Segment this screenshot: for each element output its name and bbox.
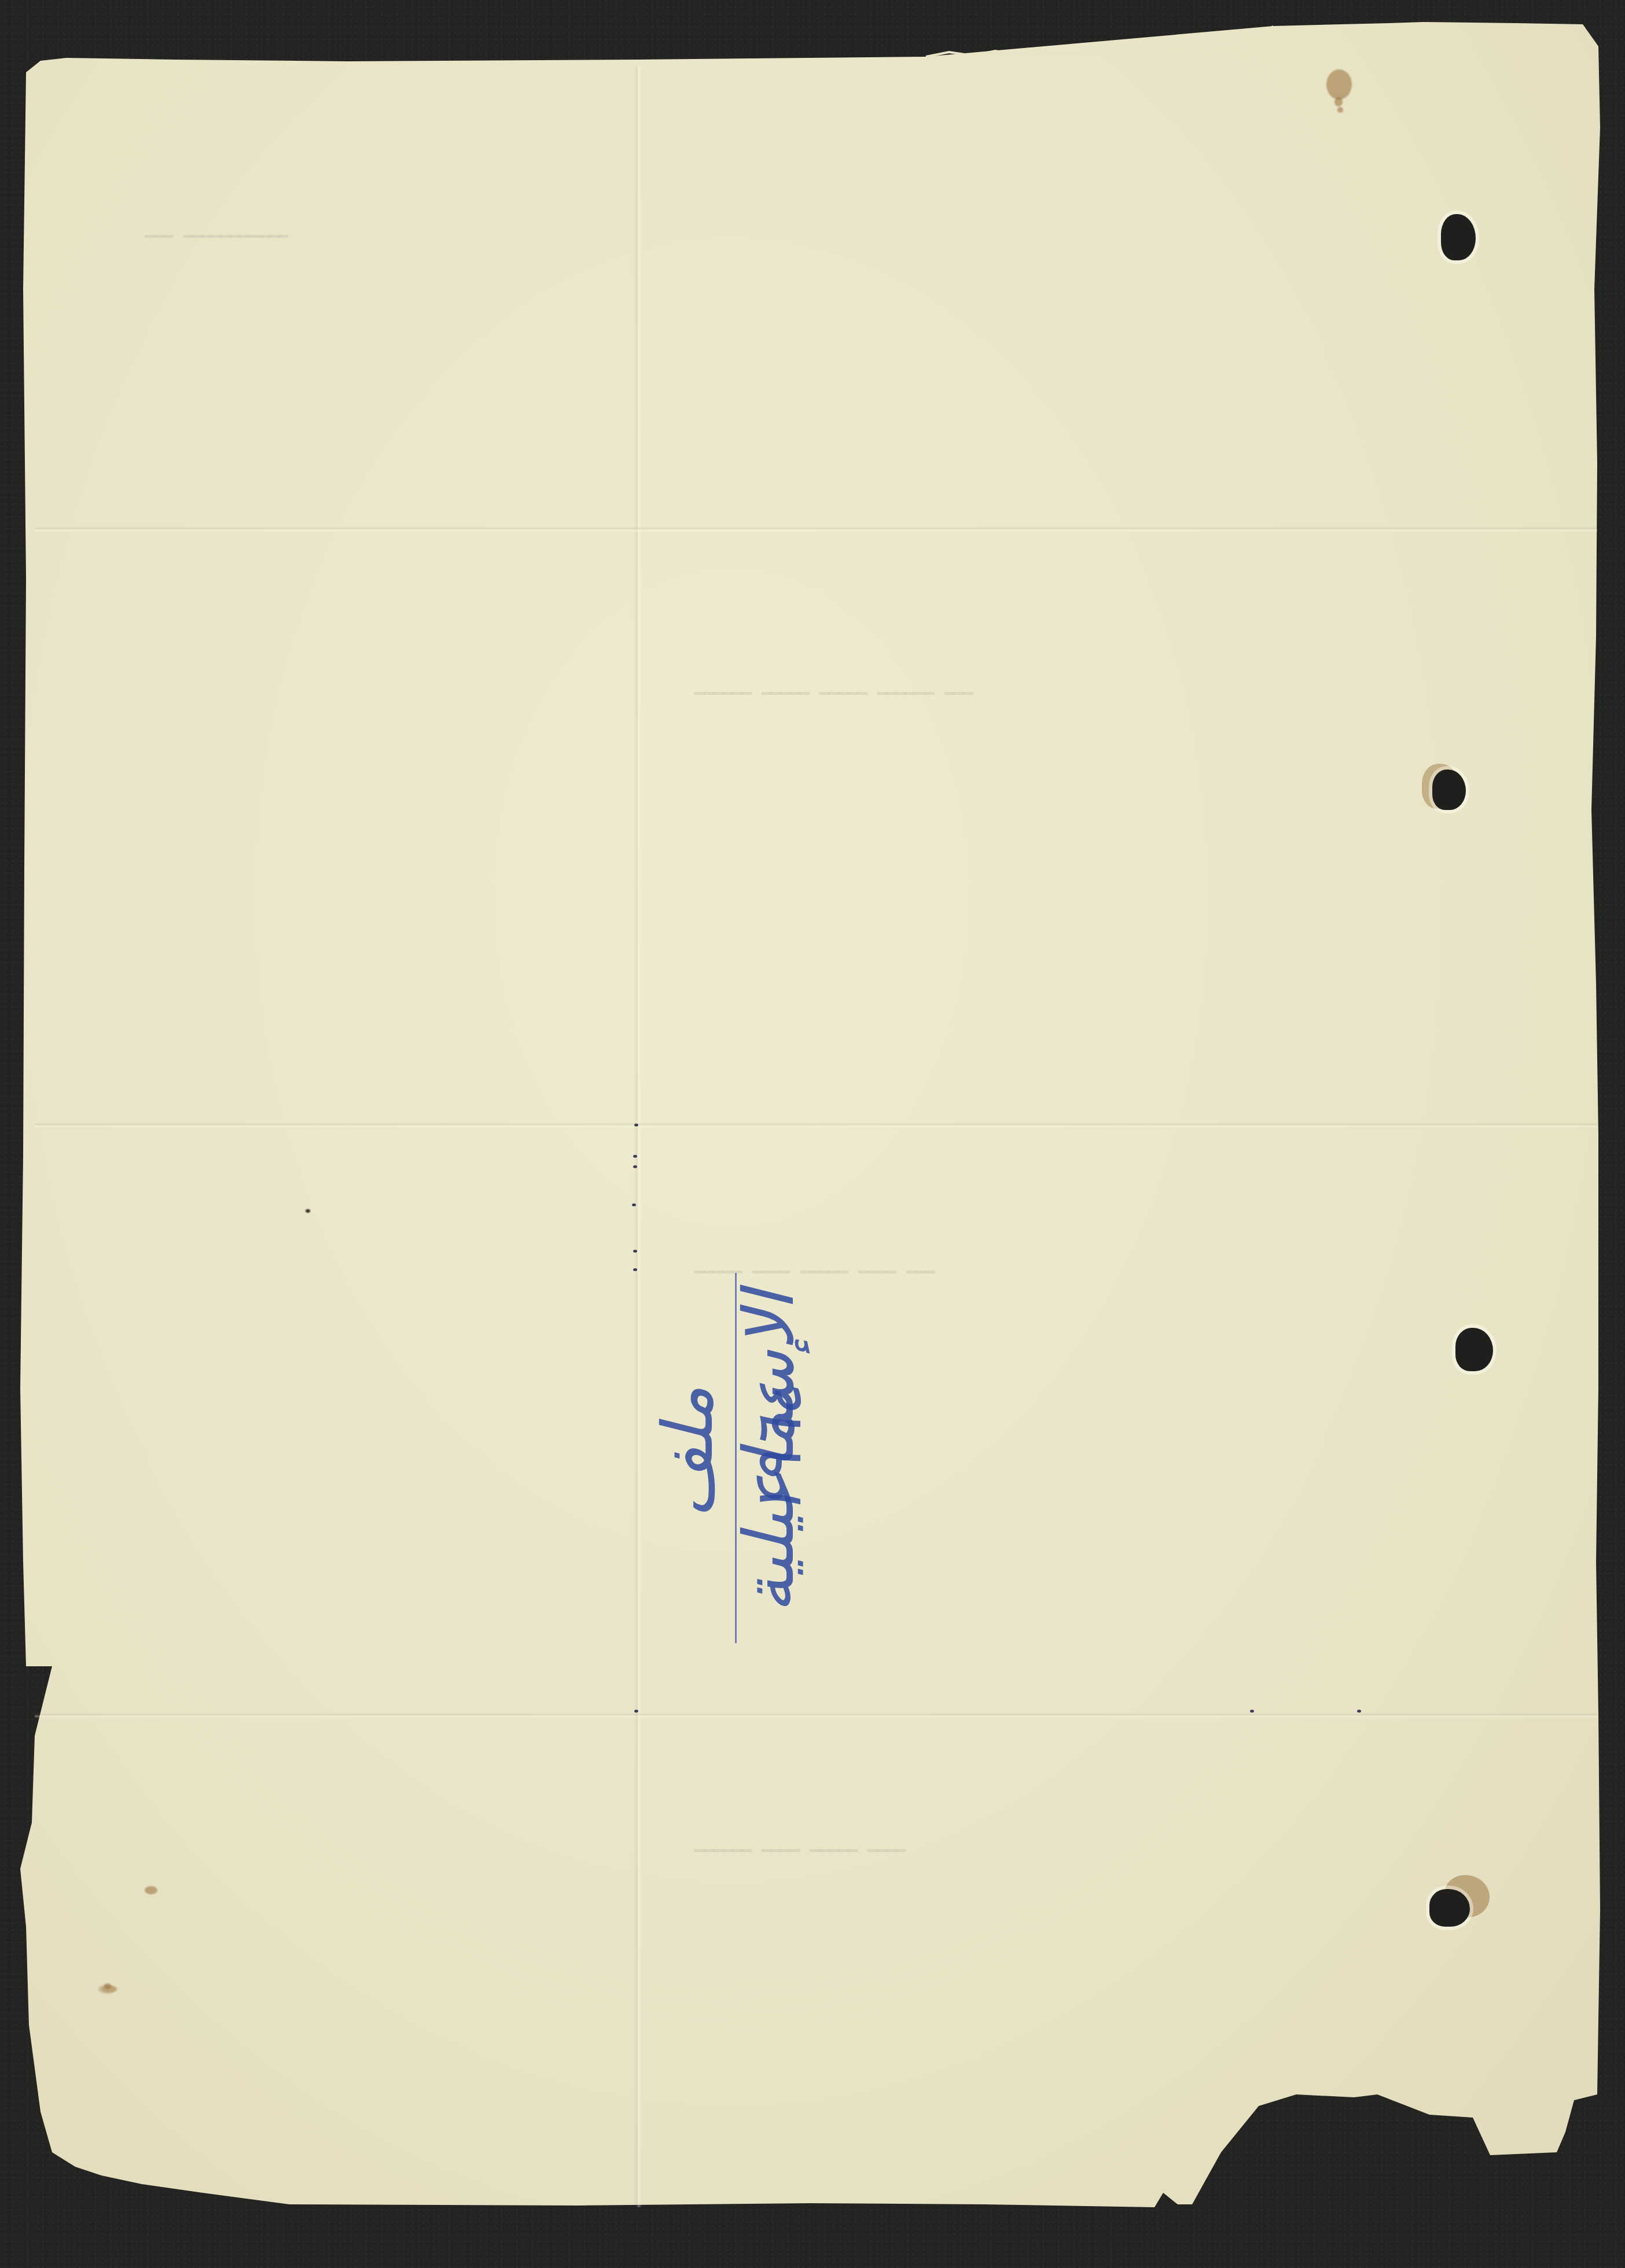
stitch-mark	[633, 1250, 637, 1253]
stitch-mark	[634, 1710, 638, 1713]
handwritten-annotation: ملف الإسماعيلية ١٩٦٤	[648, 1250, 822, 1655]
rust-stain	[98, 1985, 116, 1994]
faint-show-through-text: ـــ ــــــ ـــــ ـــــ ــــــ	[694, 665, 973, 703]
stitch-mark	[633, 1155, 637, 1158]
stitch-mark	[1250, 1710, 1254, 1713]
rust-stain	[1326, 69, 1352, 100]
vertical-fold-line	[634, 67, 642, 2207]
ink-dot	[306, 1209, 310, 1213]
faint-show-through-text: ــــ ـــــ ــــ ــــــ	[694, 1823, 906, 1860]
annotation-line-2: ١٩٦٤	[744, 1250, 813, 1655]
punch-hole	[1432, 770, 1466, 810]
punch-hole	[1429, 1889, 1470, 1927]
horizontal-fold-line	[35, 1122, 1597, 1128]
stitch-mark	[632, 1203, 636, 1206]
horizontal-fold-line	[35, 1713, 1597, 1718]
stitch-mark	[633, 1165, 637, 1168]
rust-stain	[1334, 97, 1343, 106]
faint-show-through-text: ـــــــــــ ـــ	[145, 208, 288, 246]
rust-stain	[1337, 107, 1343, 113]
stitch-mark	[634, 1124, 638, 1126]
punch-hole	[1441, 214, 1476, 260]
stitch-mark	[1357, 1710, 1361, 1713]
punch-hole	[1455, 1328, 1493, 1371]
annotation-underline	[735, 1273, 737, 1643]
paper-shape	[0, 0, 1625, 2268]
rust-stain	[145, 1886, 157, 1894]
horizontal-fold-line	[35, 526, 1597, 532]
paper-sheet: ـــــــــــ ـــ ـــ ــــــ ـــــ ـــــ ـ…	[0, 0, 1625, 2268]
stitch-mark	[633, 1268, 637, 1271]
